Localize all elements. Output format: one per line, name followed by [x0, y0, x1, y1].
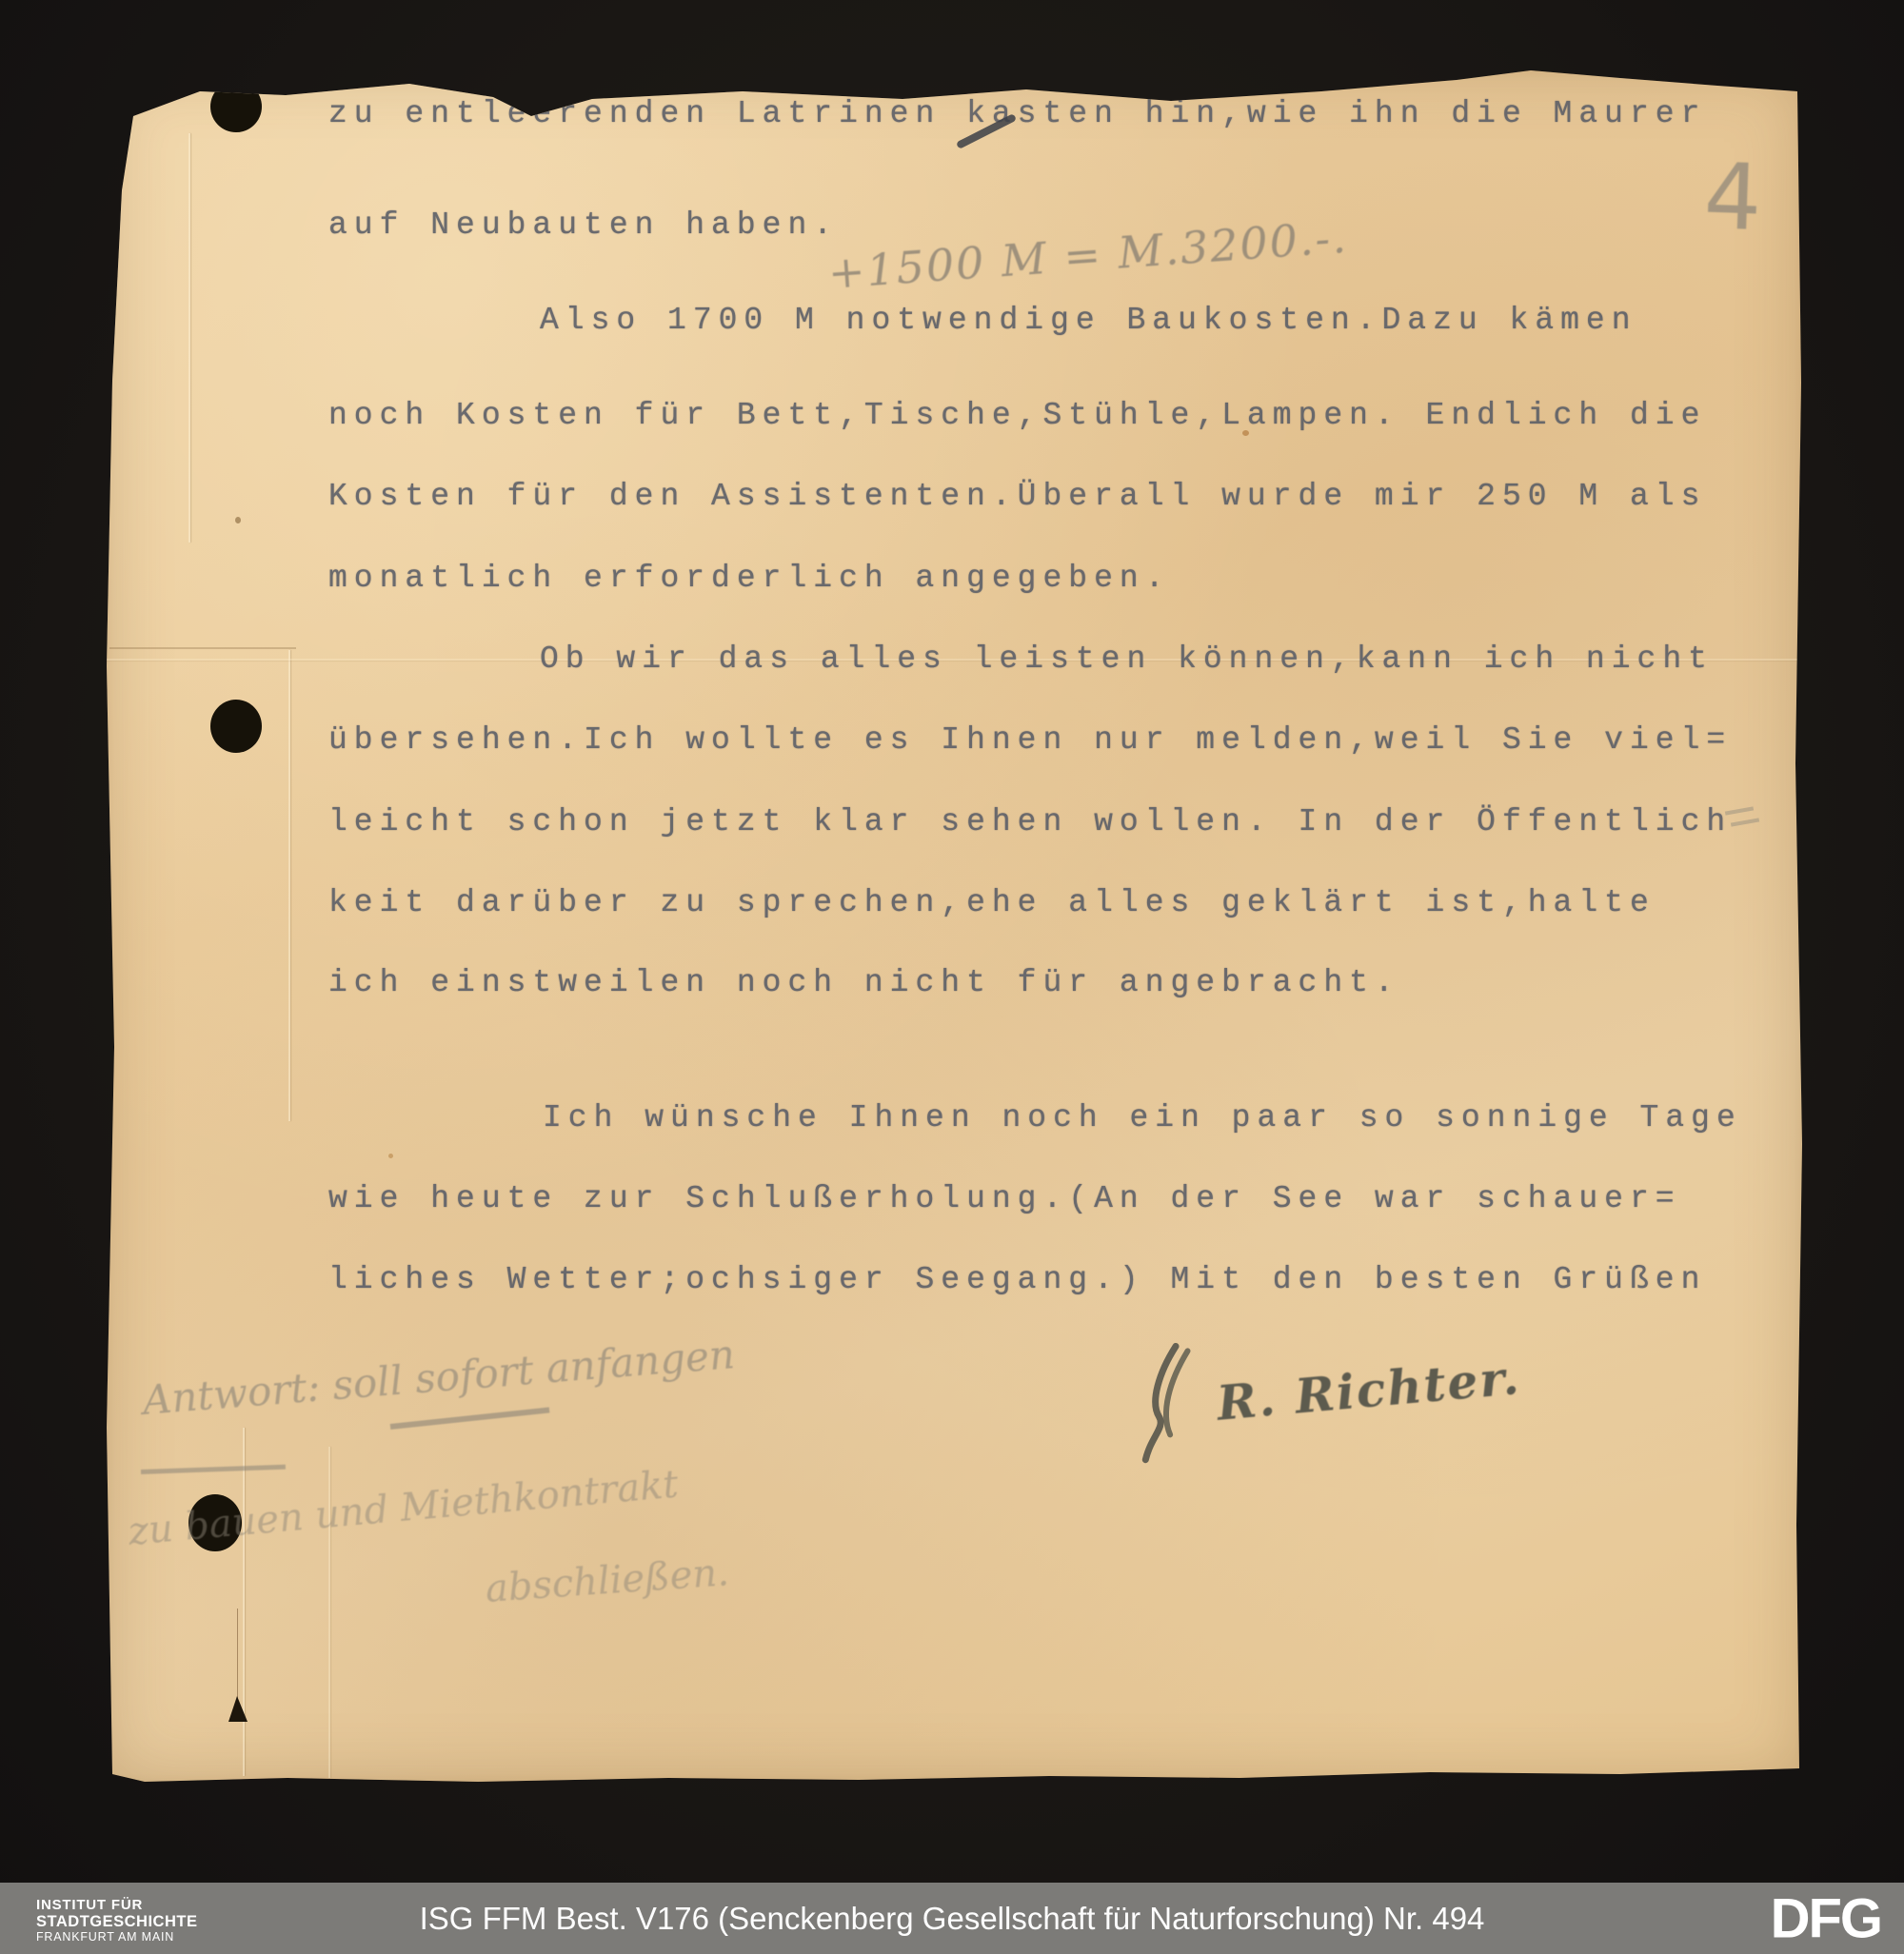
- signature-flourish: [1117, 1338, 1214, 1478]
- typed-line: auf Neubauten haben.: [328, 207, 839, 245]
- typed-line: Ob wir das alles leisten können,kann ich…: [540, 641, 1714, 679]
- typed-line: Ich wünsche Ihnen noch ein paar so sonni…: [543, 1099, 1742, 1137]
- institute-line-3: FRANKFURT AM MAIN: [36, 1930, 197, 1944]
- punch-hole: [210, 700, 262, 753]
- paper-crease: [243, 1428, 245, 1776]
- paper-crack: [237, 1609, 238, 1698]
- letter-page: zu entleerenden Latrinen kasten hin,wie …: [105, 69, 1804, 1784]
- pencil-underline: [141, 1465, 286, 1474]
- institute-line-2: STADTGESCHICHTE: [36, 1913, 197, 1930]
- archive-caption: ISG FFM Best. V176 (Senckenberg Gesellsc…: [0, 1883, 1904, 1954]
- margin-pencil-mark: [1731, 818, 1759, 826]
- punch-hole: [210, 81, 262, 132]
- institute-logo: INSTITUT FÜR STADTGESCHICHTE FRANKFURT A…: [36, 1897, 197, 1944]
- typed-line: übersehen.Ich wollte es Ihnen nur melden…: [328, 721, 1732, 760]
- footer-bar: ISG FFM Best. V176 (Senckenberg Gesellsc…: [0, 1883, 1904, 1954]
- reply-note-line-1: Antwort: soll sofort anfangen: [141, 1331, 736, 1424]
- typed-line: Also 1700 M notwendige Baukosten.Dazu kä…: [540, 302, 1637, 340]
- typed-line: zu entleerenden Latrinen kasten hin,wie …: [328, 95, 1706, 133]
- typed-line: noch Kosten für Bett,Tische,Stühle,Lampe…: [328, 397, 1706, 435]
- paper-crease: [109, 647, 296, 649]
- signature-block: R. Richter.: [1117, 1301, 1645, 1526]
- typed-line: wie heute zur Schlußerholung.(An der See…: [328, 1180, 1681, 1218]
- paper-speck: [235, 517, 241, 523]
- page-number: 4: [1702, 145, 1763, 251]
- paper-crease: [288, 650, 290, 1121]
- paper-speck: [388, 1154, 393, 1158]
- typed-line: ich einstweilen noch nicht für angebrach…: [328, 964, 1400, 1002]
- paper-crease: [188, 133, 190, 543]
- handwritten-sum-annotation: +1500 M = M.3200.-.: [826, 211, 1349, 299]
- paper-tear: [228, 1696, 248, 1722]
- typed-line: leicht schon jetzt klar sehen wollen. In…: [328, 803, 1732, 841]
- reply-note-line-2: zu bauen und Miethkontrakt: [127, 1463, 680, 1554]
- reply-note-line-3: abschließen.: [484, 1550, 730, 1611]
- pencil-underline: [390, 1407, 550, 1430]
- typed-line: Kosten für den Assistenten.Überall wurde…: [328, 478, 1706, 516]
- signature: R. Richter.: [1215, 1349, 1523, 1431]
- typed-line: monatlich erforderlich angegeben.: [328, 560, 1171, 598]
- institute-line-1: INSTITUT FÜR: [36, 1897, 197, 1913]
- dfg-logo: DFG: [1771, 1886, 1881, 1950]
- typed-line: liches Wetter;ochsiger Seegang.) Mit den…: [328, 1261, 1706, 1299]
- typed-line: keit darüber zu sprechen,ehe alles geklä…: [328, 884, 1656, 922]
- scan-background: zu entleerenden Latrinen kasten hin,wie …: [0, 0, 1904, 1954]
